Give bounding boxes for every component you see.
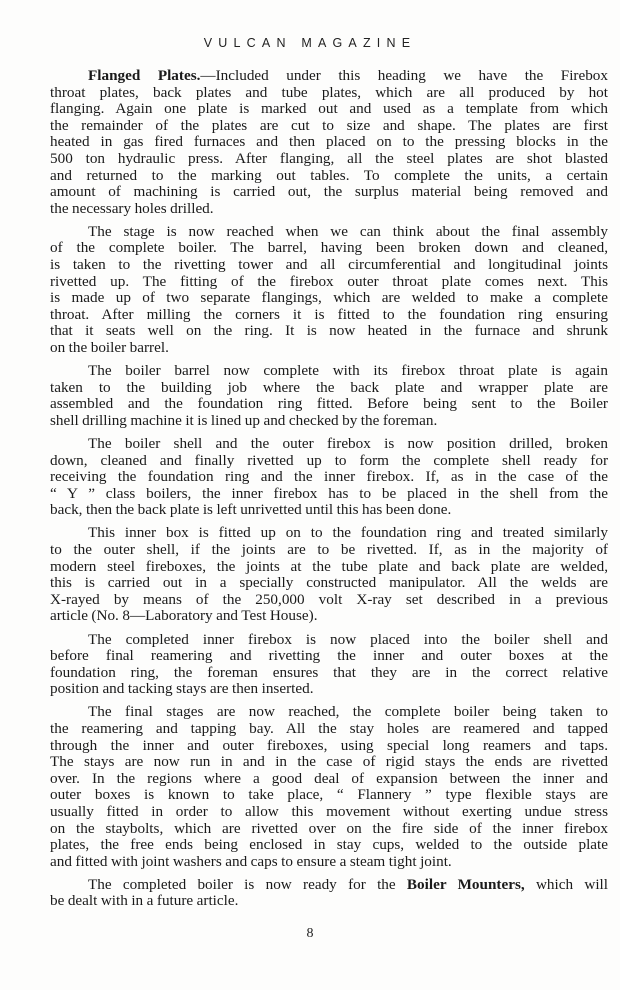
- text-line: rivetted up. The fitting of the firebox …: [50, 274, 608, 291]
- text-line: on the boiler barrel.: [50, 340, 608, 357]
- text-line: foundation ring, the foreman ensures tha…: [50, 665, 608, 682]
- text-line: heated in gas fired furnaces and then pl…: [50, 134, 608, 151]
- text-line: plates, the free ends being enclosed in …: [50, 837, 608, 854]
- text-line: taken to the building job where the back…: [50, 380, 608, 397]
- text-line: amount of machining is carried out, the …: [50, 184, 608, 201]
- paragraph: The final stages are now reached, the co…: [50, 704, 608, 870]
- text-line: The boiler barrel now complete with its …: [50, 363, 608, 380]
- text-line: the remainder of the plates are cut to s…: [50, 118, 608, 135]
- text-line: and fitted with joint washers and caps t…: [50, 854, 608, 871]
- text-line: over. In the regions where a good deal o…: [50, 771, 608, 788]
- text-line: be dealt with in a future article.: [50, 893, 608, 910]
- text-line: this is carried out in a specially const…: [50, 575, 608, 592]
- text-line: throat plates, back plates and tube plat…: [50, 85, 608, 102]
- text-line: of the complete boiler. The barrel, havi…: [50, 240, 608, 257]
- text-line: down, cleaned and finally rivetted up to…: [50, 453, 608, 470]
- text-line: back, then the back plate is left unrive…: [50, 502, 608, 519]
- text-line: is made up of two separate flangings, wh…: [50, 290, 608, 307]
- boiler-mounters-emphasis: Boiler Mounters,: [407, 876, 525, 893]
- text-line: The completed inner firebox is now place…: [50, 632, 608, 649]
- text-line: 500 ton hydraulic press. After flanging,…: [50, 151, 608, 168]
- text-line: The final stages are now reached, the co…: [50, 704, 608, 721]
- page-number: 8: [0, 926, 620, 942]
- text-line: The stays are now run in and in the case…: [50, 754, 608, 771]
- paragraph: The completed inner firebox is now place…: [50, 632, 608, 698]
- text-line: The completed boiler is now ready for th…: [50, 877, 608, 894]
- text-line: before final reamering and rivetting the…: [50, 648, 608, 665]
- text-line: X-rayed by means of the 250,000 volt X-r…: [50, 592, 608, 609]
- text-line: flanging. Again one plate is marked out …: [50, 101, 608, 118]
- text-line: to the outer shell, if the joints are to…: [50, 542, 608, 559]
- text-line: position and tacking stays are then inse…: [50, 681, 608, 698]
- text-line: shell drilling machine it is lined up an…: [50, 413, 608, 430]
- text-line: that it seats well on the ring. It is no…: [50, 323, 608, 340]
- paragraph: The stage is now reached when we can thi…: [50, 224, 608, 357]
- text-line: the necessary holes drilled.: [50, 201, 608, 218]
- text-line: “ Y ” class boilers, the inner firebox h…: [50, 486, 608, 503]
- paragraph: This inner box is fitted up on to the fo…: [50, 525, 608, 625]
- text-line: assembled and the foundation ring fitted…: [50, 396, 608, 413]
- text-line: The stage is now reached when we can thi…: [50, 224, 608, 241]
- text-line: article (No. 8—Laboratory and Test House…: [50, 608, 608, 625]
- text-line: is taken to the rivetting tower and all …: [50, 257, 608, 274]
- text-line: receiving the foundation ring and the in…: [50, 469, 608, 486]
- text-line: throat. After milling the corners it is …: [50, 307, 608, 324]
- paragraph: The boiler barrel now complete with its …: [50, 363, 608, 429]
- paragraph: The boiler shell and the outer firebox i…: [50, 436, 608, 519]
- text-line: outer boxes is known to take place, “ Fl…: [50, 787, 608, 804]
- text-line: on the staybolts, which are rivetted ove…: [50, 821, 608, 838]
- magazine-page: VULCAN MAGAZINE Flanged Plates.—Included…: [0, 0, 620, 990]
- paragraph-flanged-plates: Flanged Plates.—Included under this head…: [50, 68, 608, 217]
- text-line: the reamering and tapping bay. All the s…: [50, 721, 608, 738]
- text-line: and returned to the marking out tables. …: [50, 168, 608, 185]
- article-body: Flanged Plates.—Included under this head…: [50, 68, 608, 917]
- running-head: VULCAN MAGAZINE: [0, 36, 620, 50]
- text-line: usually fitted in order to allow this mo…: [50, 804, 608, 821]
- text-line: modern steel fireboxes, the joints at th…: [50, 559, 608, 576]
- text-line: through the inner and outer fireboxes, u…: [50, 738, 608, 755]
- section-heading: Flanged Plates.: [88, 67, 200, 84]
- text-line: This inner box is fitted up on to the fo…: [50, 525, 608, 542]
- text-line: Flanged Plates.—Included under this head…: [50, 68, 608, 85]
- paragraph-conclusion: The completed boiler is now ready for th…: [50, 877, 608, 910]
- text-line: The boiler shell and the outer firebox i…: [50, 436, 608, 453]
